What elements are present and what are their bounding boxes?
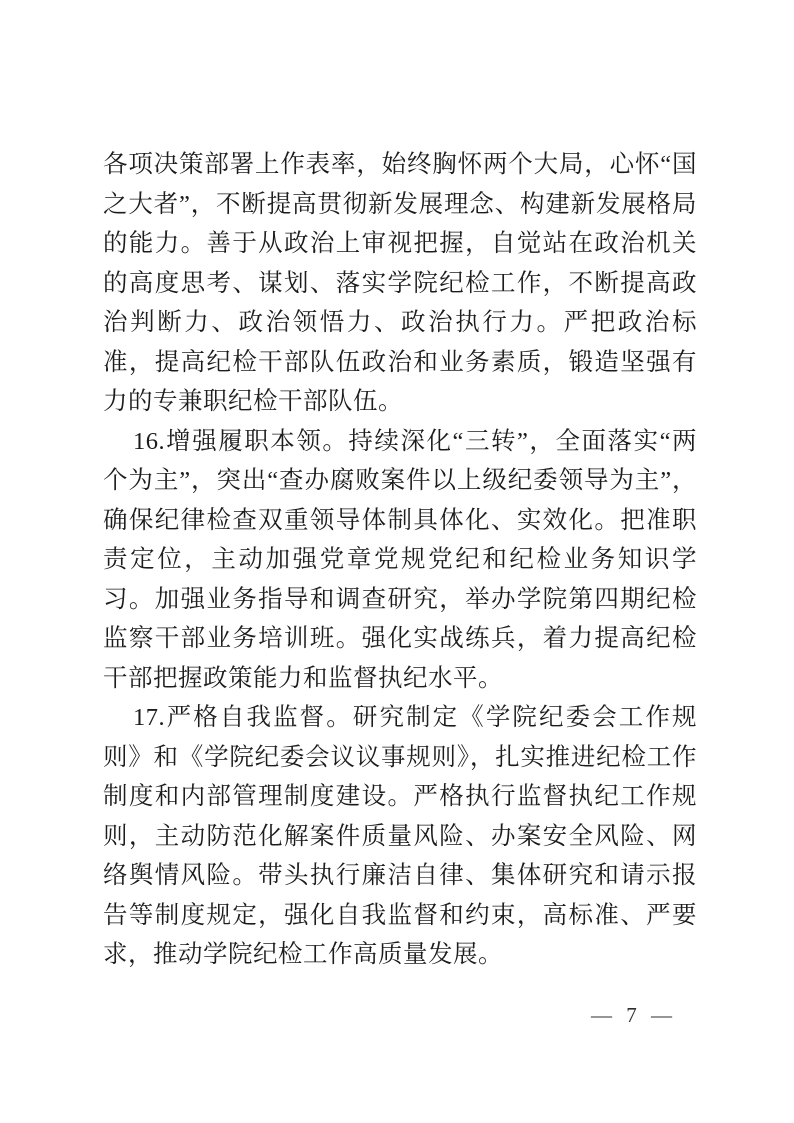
- document-body: 各项决策部署上作表率，始终胸怀两个大局，心怀“国之大者”，不断提高贯彻新发展理念…: [103, 145, 697, 975]
- page-number: — 7 —: [591, 1000, 672, 1030]
- document-page: 各项决策部署上作表率，始终胸怀两个大局，心怀“国之大者”，不断提高贯彻新发展理念…: [0, 0, 794, 1123]
- paragraph-item-16: 16.增强履职本领。持续深化“三转”，全面落实“两个为主”，突出“查办腐败案件以…: [103, 422, 697, 699]
- paragraph-continuation: 各项决策部署上作表率，始终胸怀两个大局，心怀“国之大者”，不断提高贯彻新发展理念…: [103, 145, 697, 422]
- paragraph-item-17: 17.严格自我监督。研究制定《学院纪委会工作规则》和《学院纪委会议议事规则》，扎…: [103, 698, 697, 975]
